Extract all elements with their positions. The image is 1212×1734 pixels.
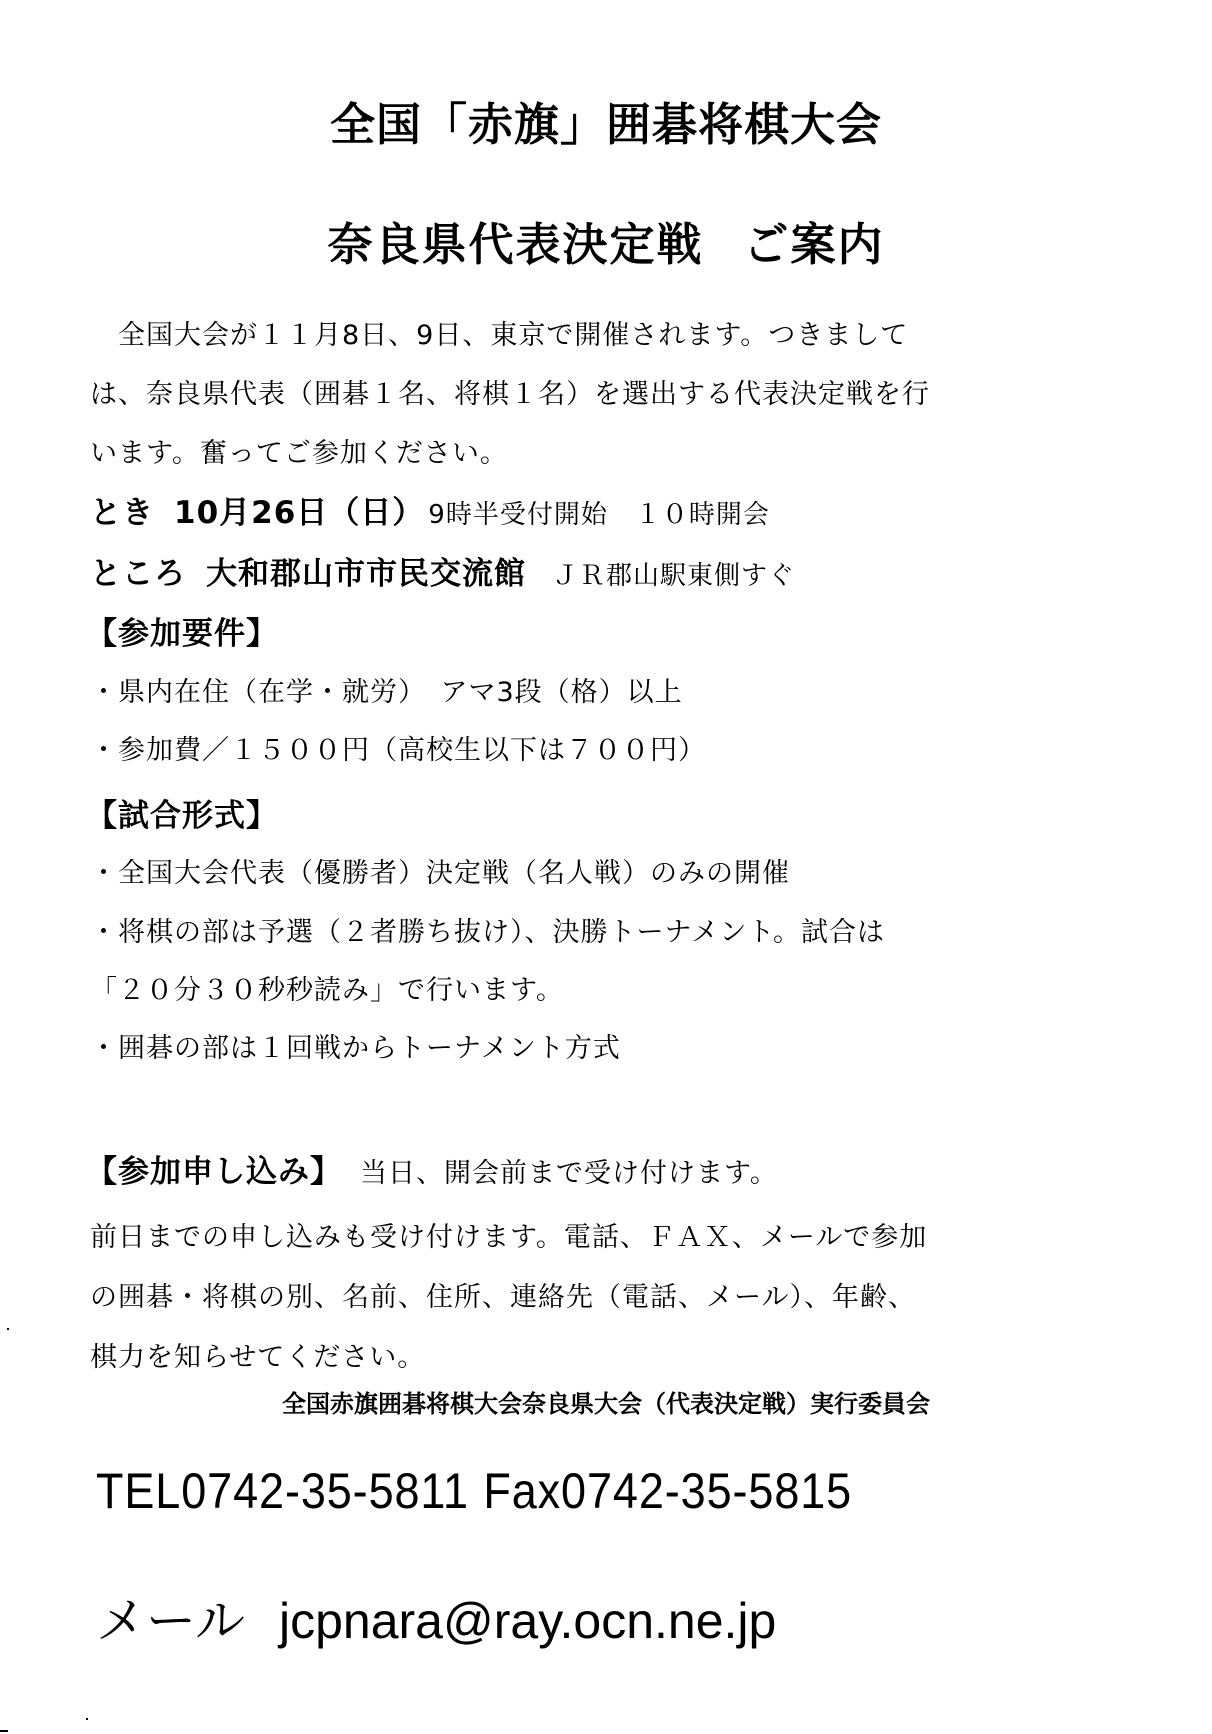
application-line: 前日までの申し込みも受け付けます。電話、ＦＡＸ、メールで参加 [90,1208,927,1268]
page-subtitle: 奈良県代表決定戦ご案内 [0,208,1212,273]
scan-speck [0,1730,8,1732]
intro-line: 全国大会が１１月8日、9日、東京で開催されます。つきまして [90,306,1100,365]
where-label: ところ [90,556,186,592]
contact-email: メールjcpnara@ray.ocn.ne.jp [96,1581,776,1653]
fax-number: 0742-35-5815 [561,1463,852,1519]
scan-speck [7,1328,9,1330]
subtitle-main: 奈良県代表決定戦 [327,218,703,271]
format-heading: 【試合形式】 [86,790,278,835]
application-line: 棋力を知らせてください。 [90,1328,927,1388]
requirement-item: ・参加費／１５００円（高校生以下は７００円） [90,728,706,767]
application-body: 前日までの申し込みも受け付けます。電話、ＦＡＸ、メールで参加 の囲碁・将棋の別、… [90,1208,927,1388]
event-venue: 大和郡山市市民交流館 [206,556,526,592]
venue-access: ＪＲ郡山駅東側すぐ [552,561,795,591]
event-time-detail: 9時半受付開始 １０時開会 [428,500,770,530]
event-date: 10月26日（日） [174,495,424,531]
format-item: ・将棋の部は予選（２者勝ち抜け）、決勝トーナメント。試合は [90,910,885,949]
when-label: とき [90,495,154,531]
requirement-item: ・県内在住（在学・就労） アマ3段（格）以上 [90,670,683,709]
format-item: ・全国大会代表（優勝者）決定戦（名人戦）のみの開催 [90,851,790,890]
subtitle-suffix: ご案内 [744,218,885,271]
organizer-committee: 全国赤旗囲碁将棋大会奈良県大会（代表決定戦）実行委員会 [0,1384,1212,1419]
requirements-heading: 【参加要件】 [86,608,278,653]
format-item: ・囲碁の部は１回戦からトーナメント方式 [90,1026,621,1065]
email-address: jcpnara@ray.ocn.ne.jp [279,1593,776,1649]
tel-label: TEL [96,1463,181,1519]
application-row: 【参加申し込み】当日、開会前まで受け付けます。 [86,1146,778,1191]
intro-line: います。奮ってご参加ください。 [90,424,1100,483]
event-venue-row: ところ大和郡山市市民交流館ＪＲ郡山駅東側すぐ [90,548,795,593]
tel-number: 0742-35-5811 [181,1463,469,1519]
application-same-day: 当日、開会前まで受け付けます。 [360,1158,778,1189]
intro-line: は、奈良県代表（囲碁１名、将棋１名）を選出する代表決定戦を行 [90,365,1100,424]
mail-label: メール [96,1593,245,1649]
page-title: 全国「赤旗」囲碁将棋大会 [0,88,1212,153]
application-line: の囲碁・将棋の別、名前、住所、連絡先（電話、メール）、年齢、 [90,1268,927,1328]
application-heading: 【参加申し込み】 [86,1154,342,1190]
scan-speck [86,1718,88,1720]
intro-paragraph: 全国大会が１１月8日、9日、東京で開催されます。つきまして は、奈良県代表（囲碁… [90,306,1100,483]
event-date-row: とき10月26日（日）9時半受付開始 １０時開会 [90,487,770,532]
contact-phone-fax: TEL0742-35-5811Fax0742-35-5815 [96,1462,852,1520]
format-item-continued: 「２０分３０秒秒読み」で行います。 [90,968,564,1007]
fax-label: Fax [483,1463,561,1519]
